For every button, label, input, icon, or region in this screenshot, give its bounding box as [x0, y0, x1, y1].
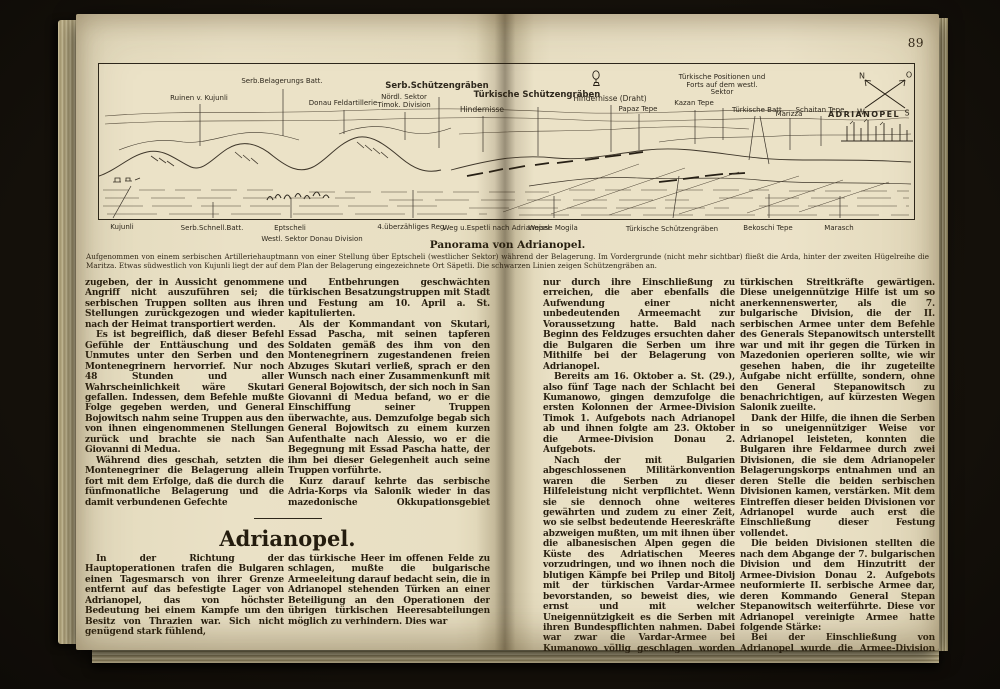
section-divider: [254, 518, 322, 519]
right-page-column-2: türkischen Streitkräfte gewärtigen. Dies…: [740, 278, 935, 654]
page-edges-right: [939, 18, 948, 651]
label-weisse-mogila: Weisse Mogila: [528, 225, 578, 233]
paragraph: In der Richtung der Hauptoperationen tra…: [85, 554, 284, 638]
paragraph: und Entbehrungen geschwächten türkischen…: [288, 278, 490, 320]
label-marasch: Marasch: [824, 225, 853, 233]
compass-west-label: W: [857, 108, 865, 117]
label-tuerkische-schuetzengraeben-unten: Türkische Schützengräben: [626, 226, 718, 234]
paragraph: Nach der mit Bulgarien abgeschlossenen M…: [543, 456, 735, 654]
label-kujunli: Kujunli: [110, 224, 133, 232]
panorama-drawing: [99, 64, 914, 219]
paragraph: Es ist begreiflich, daß dieser Befehl Ge…: [85, 330, 284, 455]
paragraph: das türkische Heer im offenen Felde zu s…: [288, 554, 490, 627]
paragraph: Bei der Einschließung von Adrianopel wur…: [740, 633, 935, 654]
paragraph: Kurz darauf kehrte das serbische Adria-K…: [288, 477, 490, 507]
paragraph: nur durch ihre Einschließung zu erreiche…: [543, 278, 735, 372]
left-page-column-2-lower: das türkische Heer im offenen Felde zu s…: [288, 554, 490, 652]
paragraph: Bereits am 16. Oktober a. St. (29.), als…: [543, 372, 735, 456]
right-page-column-1: nur durch ihre Einschließung zu erreiche…: [543, 278, 735, 654]
label-eptscheli: Eptscheli: [274, 225, 306, 233]
page-edges-left: [58, 20, 77, 644]
panorama-figure: N O W S Ruinen v. KujunliSerb.Belagerung…: [98, 63, 917, 249]
city-skyline: [841, 119, 913, 141]
paragraph: Dank der Hilfe, die ihnen die Serben in …: [740, 414, 935, 539]
compass-south-label: S: [904, 109, 909, 118]
left-page-column-1-lower: In der Richtung der Hauptoperationen tra…: [85, 554, 284, 652]
label-weg-espetli-nach-adrianopel: Weg u.Espetli nach Adrianopel: [443, 225, 550, 233]
figure-caption-title: Panorama von Adrianopel.: [76, 239, 939, 251]
section-heading: Adrianopel.: [219, 526, 355, 551]
label-bekoschi-tepe: Bekoschi Tepe: [743, 225, 792, 233]
left-page-column-2-upper: und Entbehrungen geschwächten türkischen…: [288, 278, 490, 507]
observation-balloon-icon: [593, 71, 599, 86]
section-heading-block: Adrianopel.: [85, 508, 490, 552]
book-spread: 89: [76, 14, 939, 650]
paragraph: türkischen Streitkräfte gewärtigen. Dies…: [740, 278, 935, 414]
label-ueberzaehliges-reg: 4.überzähliges Reg.: [377, 224, 446, 232]
paragraph: zugeben, der in Aussicht genommene Angri…: [85, 278, 284, 330]
left-page-column-1-upper: zugeben, der in Aussicht genommene Angri…: [85, 278, 284, 507]
label-serb-schnell-batt: Serb.Schnell.Batt.: [181, 225, 244, 233]
page-number: 89: [884, 36, 924, 50]
compass-rose-icon: [865, 80, 905, 108]
book-photo: 89: [0, 0, 1000, 689]
paragraph: Während dies geschah, setzten die Monten…: [85, 456, 284, 507]
paragraph: Als der Kommandant von Skutari, Essad Pa…: [288, 320, 490, 477]
panorama-frame: N O W S: [98, 63, 915, 220]
compass-east-label: O: [906, 71, 912, 80]
paragraph: Die beiden Divisionen stellten die nach …: [740, 539, 935, 633]
figure-caption: Aufgenommen von einem serbischen Artille…: [86, 252, 929, 273]
compass-north-label: N: [859, 72, 865, 81]
